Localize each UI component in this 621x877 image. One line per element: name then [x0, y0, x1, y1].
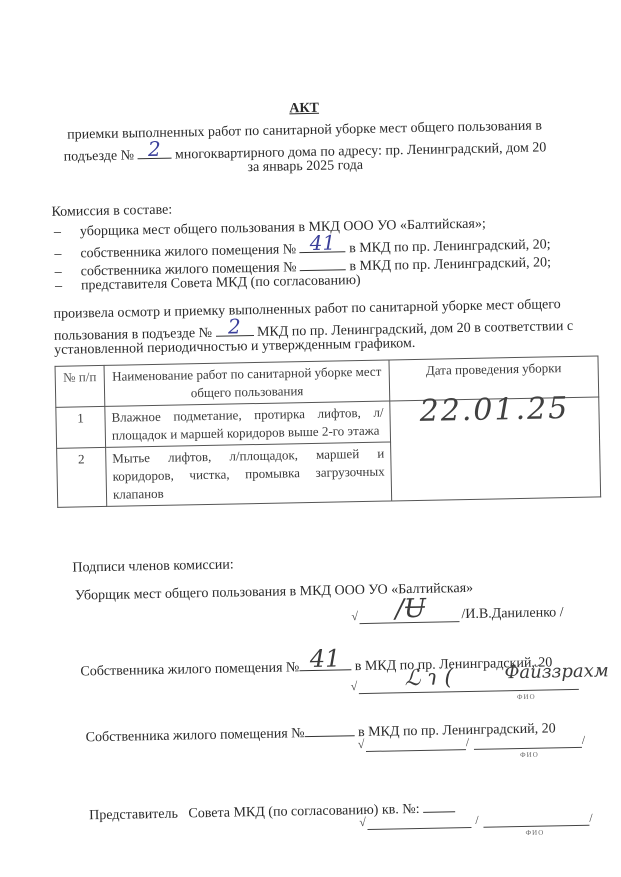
- check-mark-icon: √: [359, 815, 366, 830]
- owner-1-apartment-field[interactable]: 41: [299, 237, 345, 253]
- council-signature-line[interactable]: [367, 827, 471, 830]
- cleaner-signature: /Ʉ: [395, 594, 426, 625]
- owner-2-line: Собственника жилого помещения № в МКД по…: [85, 717, 555, 746]
- entrance-number-handwritten: 2: [137, 139, 171, 160]
- entrance-number-field[interactable]: 2: [137, 144, 171, 160]
- fio-caption: ФИО: [526, 829, 545, 837]
- council-apartment-field[interactable]: [423, 797, 455, 813]
- council-name-line[interactable]: [483, 825, 589, 828]
- owner-2-apartment-field[interactable]: [300, 255, 346, 271]
- date-handwritten: 22.01.25: [419, 391, 569, 429]
- commission-heading: Комиссия в составе:: [51, 203, 172, 221]
- row-num: 2: [57, 447, 107, 507]
- separator-slash: /: [475, 813, 479, 828]
- owner-1-signature: ℒ ɿ (: [404, 665, 453, 691]
- cleaner-name: /И.В.Даниленко /: [461, 605, 564, 623]
- act-document: АКТ приемки выполненных работ по санитар…: [0, 0, 621, 877]
- row-name: Мытье лифтов, л/площадок, маршей и корид…: [106, 442, 392, 506]
- separator-slash: /: [582, 733, 586, 748]
- fio-caption: ФИО: [520, 751, 539, 759]
- row-num: 1: [56, 406, 106, 448]
- date-cell[interactable]: 22.01.25: [390, 397, 601, 501]
- header-name: Наименование работ по санитарной уборке …: [104, 360, 390, 406]
- statement-entrance-field[interactable]: 2: [215, 321, 253, 337]
- owner-1-signature-line[interactable]: [359, 689, 579, 694]
- owner-2-sign-apartment-field[interactable]: [304, 721, 354, 737]
- row-name: Влажное подметание, протирка лифтов, л/п…: [105, 401, 391, 447]
- header-num: № п/п: [55, 365, 105, 407]
- separator-slash: /: [589, 811, 593, 826]
- check-mark-icon: √: [351, 609, 358, 624]
- owner-1-line: Собственника жилого помещения №41 в МКД …: [80, 649, 552, 680]
- check-mark-icon: √: [358, 737, 365, 752]
- owner-1-sign-apartment-field[interactable]: 41: [299, 653, 351, 671]
- owner-1-name-handwritten: Файззрахм: [504, 660, 609, 683]
- owner-2-name-line[interactable]: [474, 747, 582, 750]
- owner-2-signature-line[interactable]: [366, 749, 466, 752]
- signatures-heading: Подписи членов комиссии:: [72, 557, 234, 576]
- council-line: Представитель Совета МКД (по согласовани…: [89, 797, 455, 824]
- check-mark-icon: √: [351, 679, 358, 694]
- separator-slash: /: [466, 735, 470, 750]
- fio-caption: ФИО: [517, 693, 536, 701]
- works-table: № п/п Наименование работ по санитарной у…: [55, 355, 602, 507]
